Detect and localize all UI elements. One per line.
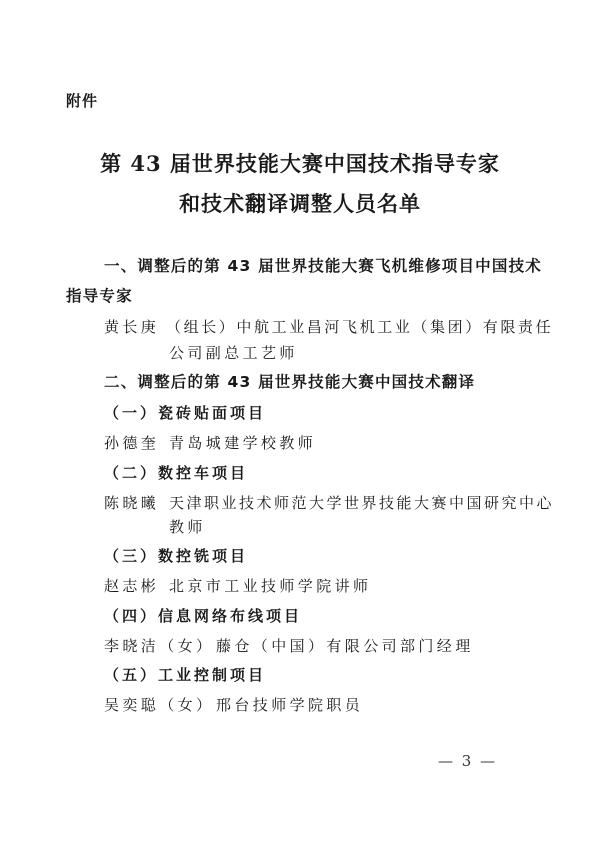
section1-heading-cont: 指导专家 [66, 284, 133, 306]
document-title-line1: 第 43 届世界技能大赛中国技术指导专家 [0, 148, 600, 178]
section2-heading: 二、调整后的第 43 届世界技能大赛中国技术翻译 [104, 370, 475, 392]
translator-name: 孙德奎 [104, 432, 159, 453]
translator-affiliation: 邢台技师学院职员 [216, 694, 363, 715]
subsection-title: （二）数控车项目 [104, 462, 248, 483]
subsection-title: （一）瓷砖贴面项目 [104, 402, 266, 423]
translator-affiliation: 藤仓（中国）有限公司部门经理 [216, 635, 474, 656]
translator-name: 李晓洁（女） [104, 635, 214, 656]
translator-name: 吴奕聪（女） [104, 694, 214, 715]
expert-name: 黄长庚 [104, 316, 159, 337]
translator-name: 赵志彬 [104, 575, 159, 596]
expert-role: （组长）中航工业昌河飞机工业（集团）有限责任 [166, 316, 553, 337]
document-title-line2: 和技术翻译调整人员名单 [0, 188, 600, 218]
section1-heading: 一、调整后的第 43 届世界技能大赛飞机维修项目中国技术 [104, 254, 542, 276]
translator-affiliation: 天津职业技术师范大学世界技能大赛中国研究中心 [169, 492, 554, 513]
page-number: — 3 — [438, 752, 497, 770]
attachment-label: 附件 [66, 90, 98, 111]
subsection-title: （五）工业控制项目 [104, 664, 266, 685]
translator-affiliation: 北京市工业技师学院讲师 [169, 575, 371, 596]
translator-affiliation-cont: 教师 [169, 516, 206, 537]
subsection-title: （四）信息网络布线项目 [104, 605, 302, 626]
translator-affiliation: 青岛城建学校教师 [169, 432, 316, 453]
expert-role-cont: 公司副总工艺师 [169, 342, 298, 363]
translator-name: 陈晓曦 [104, 492, 159, 513]
subsection-title: （三）数控铣项目 [104, 545, 248, 566]
